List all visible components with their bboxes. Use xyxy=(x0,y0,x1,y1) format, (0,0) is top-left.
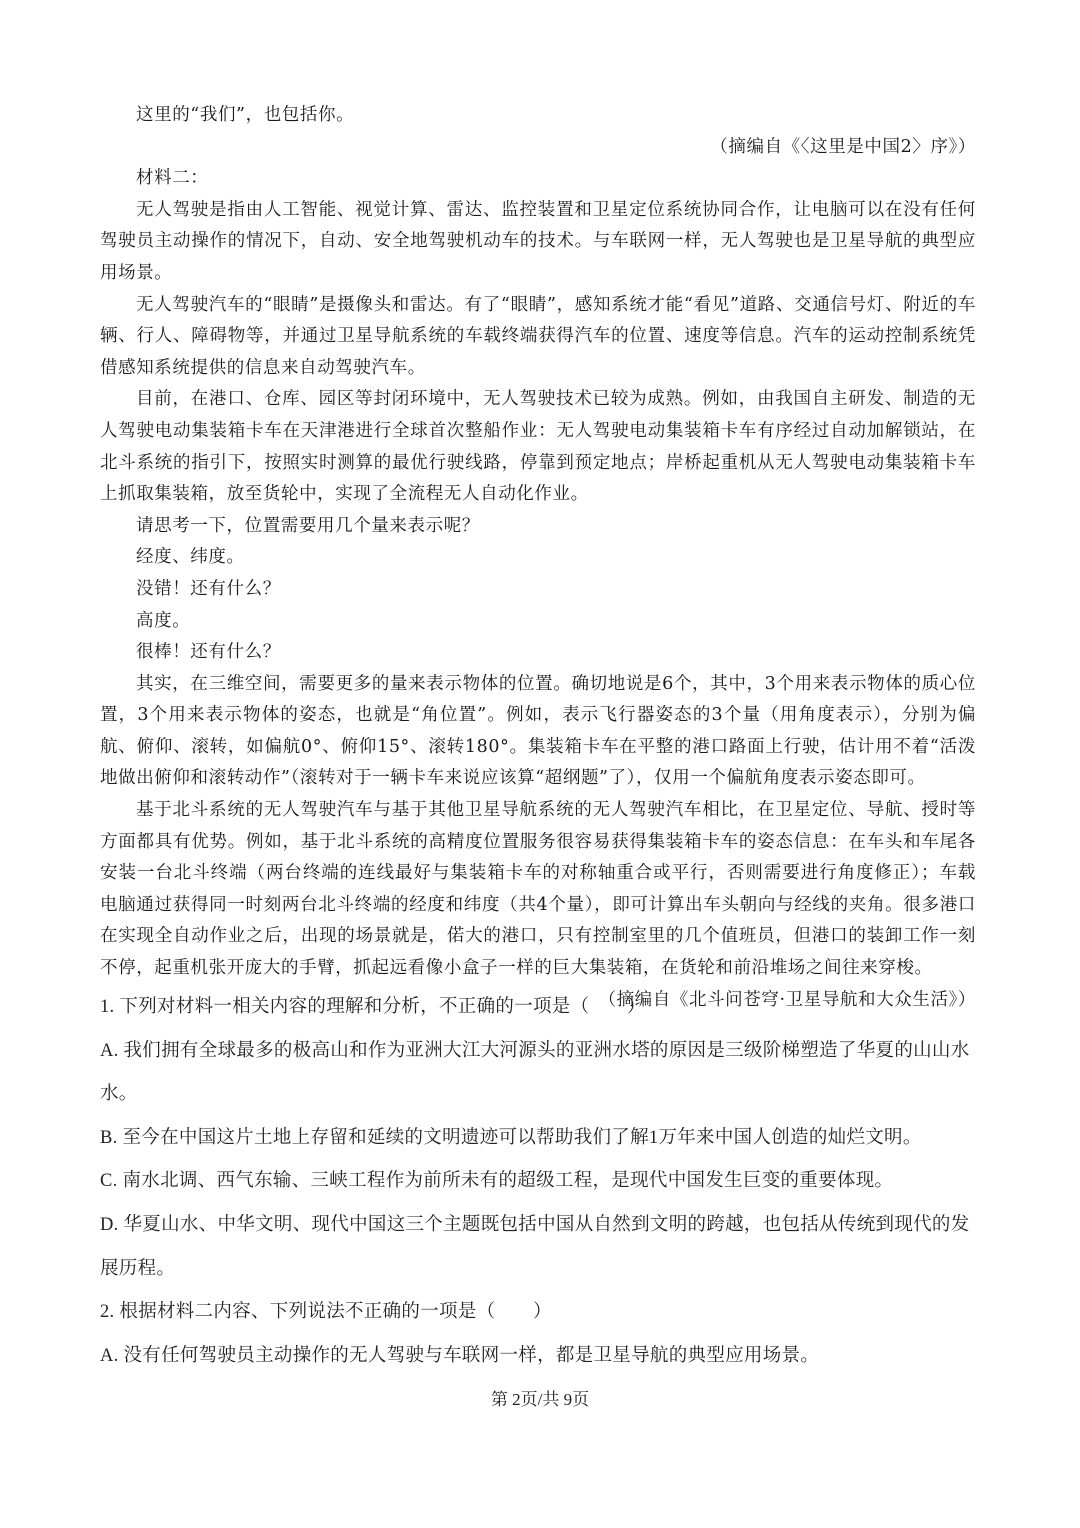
page-indicator: 第 2页/共 9页 xyxy=(0,1385,1080,1410)
material-two-paragraph: 无人驾驶汽车的“眼睛”是摄像头和雷达。有了“眼睛”，感知系统才能“看见”道路、交… xyxy=(100,290,976,385)
material-two-paragraph: 没错！还有什么？ xyxy=(100,574,976,606)
material-two-paragraph: 基于北斗系统的无人驾驶汽车与基于其他卫星导航系统的无人驾驶汽车相比，在卫星定位、… xyxy=(100,795,976,985)
materials-section: 这里的“我们”，也包括你。 （摘编自《〈这里是中国2〉序》） 材料二： 无人驾驶… xyxy=(100,100,976,1016)
material-two-paragraph: 目前，在港口、仓库、园区等封闭环境中，无人驾驶技术已较为成熟。例如，由我国自主研… xyxy=(100,384,976,510)
material-two-paragraph: 请思考一下，位置需要用几个量来表示呢？ xyxy=(100,511,976,543)
material-two-heading: 材料二： xyxy=(100,163,976,195)
material-one-source: （摘编自《〈这里是中国2〉序》） xyxy=(100,132,976,164)
material-two-paragraph: 经度、纬度。 xyxy=(100,542,976,574)
material-two-paragraph: 很棒！还有什么？ xyxy=(100,637,976,669)
question-1-option-d: D. 华夏山水、中华文明、现代中国这三个主题既包括中国从自然到文明的跨越，也包括… xyxy=(100,1204,980,1291)
question-1-option-b: B. 至今在中国这片土地上存留和延续的文明遗迹可以帮助我们了解1万年来中国人创造… xyxy=(100,1117,980,1161)
material-two-paragraph: 其实，在三维空间，需要更多的量来表示物体的位置。确切地说是6个，其中，3个用来表… xyxy=(100,669,976,795)
material-two-paragraph: 高度。 xyxy=(100,606,976,638)
material-two-paragraph: 无人驾驶是指由人工智能、视觉计算、雷达、监控装置和卫星定位系统协同合作，让电脑可… xyxy=(100,195,976,290)
question-1-option-c: C. 南水北调、西气东输、三峡工程作为前所未有的超级工程，是现代中国发生巨变的重… xyxy=(100,1160,980,1204)
question-1-option-a: A. 我们拥有全球最多的极高山和作为亚洲大江大河源头的亚洲水塔的原因是三级阶梯塑… xyxy=(100,1030,980,1117)
questions-section: 1. 下列对材料一相关内容的理解和分析，不正确的一项是（ ） A. 我们拥有全球… xyxy=(100,986,980,1378)
question-2-option-a: A. 没有任何驾驶员主动操作的无人驾驶与车联网一样，都是卫星导航的典型应用场景。 xyxy=(100,1335,980,1379)
question-2-stem: 2. 根据材料二内容、下列说法不正确的一项是（ ） xyxy=(100,1291,980,1335)
question-1-stem: 1. 下列对材料一相关内容的理解和分析，不正确的一项是（ ） xyxy=(100,986,980,1030)
material-one-last-line: 这里的“我们”，也包括你。 xyxy=(100,100,976,132)
